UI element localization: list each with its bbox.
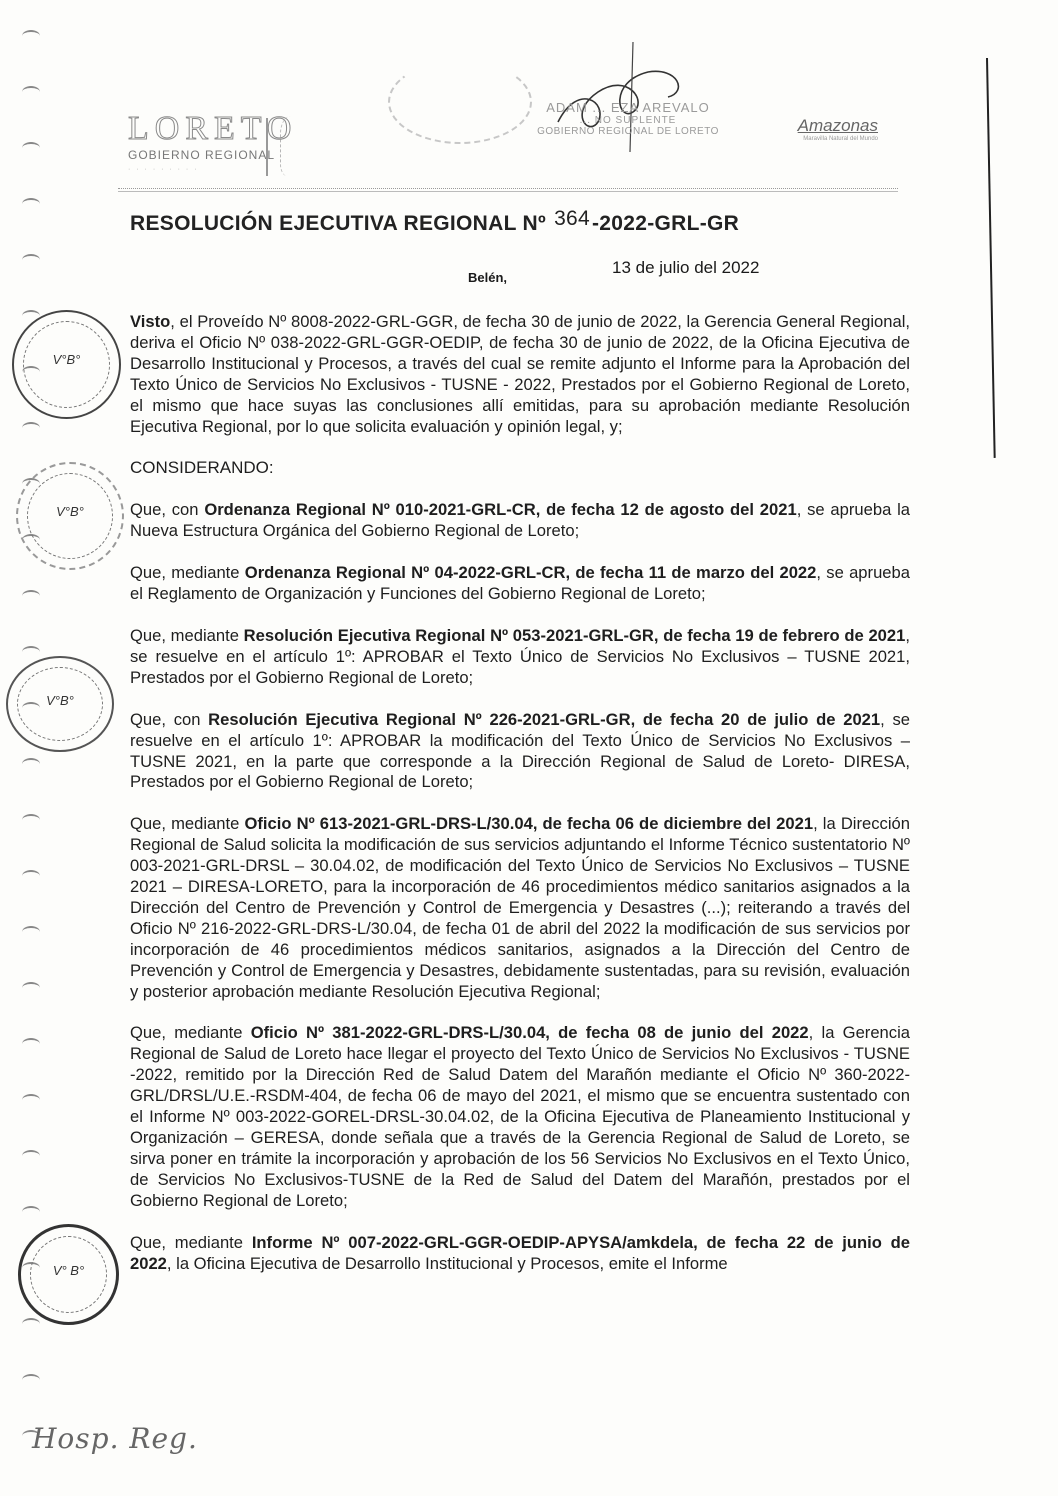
- resolution-title: RESOLUCIÓN EJECUTIVA REGIONAL Nº 364-202…: [130, 212, 739, 236]
- p6-a: Que, mediante: [130, 1023, 251, 1042]
- approval-stamp-gerencia: V°B°: [6, 656, 114, 752]
- p5-ref: Oficio Nº 613-2021-GRL-DRS-L/30.04, de f…: [244, 814, 813, 833]
- paragraph-4: Que, con Resolución Ejecutiva Regional N…: [130, 710, 910, 794]
- logo-divider: [266, 118, 268, 176]
- paragraph-6: Que, mediante Oficio Nº 381-2022-GRL-DRS…: [130, 1023, 910, 1211]
- section-considerando: CONSIDERANDO:: [130, 458, 910, 479]
- p3-a: Que, mediante: [130, 626, 244, 645]
- stamp-label: V°B°: [8, 693, 112, 708]
- title-suffix: -2022-GRL-GR: [592, 212, 739, 235]
- signature-stamp-block: ADAM ... EZA AREVALO ... NO SUPLENTE GOB…: [518, 100, 738, 137]
- amazonas-tagline: Maravilla Natural del Mundo: [798, 136, 878, 142]
- stamp-label: V°B°: [18, 504, 122, 519]
- p2-ref: Ordenanza Regional Nº 04-2022-GRL-CR, de…: [245, 563, 817, 582]
- amazonas-logo: Amazonas Maravilla Natural del Mundo: [798, 116, 878, 142]
- paragraph-2: Que, mediante Ordenanza Regional Nº 04-2…: [130, 563, 910, 605]
- p1-ref: Ordenanza Regional Nº 010-2021-GRL-CR, d…: [204, 500, 796, 519]
- p2-a: Que, mediante: [130, 563, 245, 582]
- stamp-label: V° B°: [21, 1263, 116, 1278]
- margin-pen-line: [986, 58, 996, 458]
- faint-seal-stamp: [388, 60, 532, 144]
- visto-text: , el Proveído Nº 8008-2022-GRL-GGR, de f…: [130, 312, 910, 436]
- handwritten-note: Hosp. Reg.: [32, 1422, 198, 1455]
- p1-a: Que, con: [130, 500, 204, 519]
- approval-stamp-secretaria: V°B°: [12, 310, 121, 419]
- header-divider: [118, 188, 898, 192]
- logo-word: LORETO: [128, 112, 388, 146]
- logo-subtitle: GOBIERNO REGIONAL: [128, 148, 388, 162]
- paragraph-3: Que, mediante Resolución Ejecutiva Regio…: [130, 626, 910, 689]
- resolution-number: 364: [554, 207, 590, 230]
- paragraph-7: Que, mediante Informe Nº 007-2022-GRL-GG…: [130, 1233, 910, 1275]
- amazonas-word: Amazonas: [798, 116, 878, 136]
- p7-a: Que, mediante: [130, 1233, 252, 1252]
- approval-stamp-gobernacion: V° B°: [18, 1224, 119, 1325]
- paragraph-1: Que, con Ordenanza Regional Nº 010-2021-…: [130, 500, 910, 542]
- paragraph-visto: Visto, el Proveído Nº 8008-2022-GRL-GGR,…: [130, 312, 910, 437]
- document-page: LORETO GOBIERNO REGIONAL · · · · · · · ·…: [0, 0, 1058, 1496]
- p5-c: , la Dirección Regional de Salud solicit…: [130, 814, 910, 1000]
- logo-tagline: · · · · · · · · ·: [128, 166, 388, 173]
- p6-c: , la Gerencia Regional de Salud de Loret…: [130, 1023, 910, 1209]
- signatory-org: GOBIERNO REGIONAL DE LORETO: [518, 126, 738, 137]
- signatory-name: ADAM ... EZA AREVALO: [518, 100, 738, 115]
- p4-a: Que, con: [130, 710, 208, 729]
- title-prefix: RESOLUCIÓN EJECUTIVA REGIONAL Nº: [130, 212, 546, 235]
- letterhead: LORETO GOBIERNO REGIONAL · · · · · · · ·…: [118, 60, 908, 195]
- date: 13 de julio del 2022: [612, 258, 759, 278]
- paragraph-5: Que, mediante Oficio Nº 613-2021-GRL-DRS…: [130, 814, 910, 1002]
- approval-stamp-gorel: V°B°: [16, 462, 124, 570]
- p6-ref: Oficio Nº 381-2022-GRL-DRS-L/30.04, de f…: [251, 1023, 809, 1042]
- p4-ref: Resolución Ejecutiva Regional Nº 226-202…: [208, 710, 880, 729]
- place: Belén,: [468, 270, 507, 285]
- visto-lead: Visto: [130, 312, 170, 331]
- p3-ref: Resolución Ejecutiva Regional Nº 053-202…: [244, 626, 906, 645]
- p7-c: , la Oficina Ejecutiva de Desarrollo Ins…: [167, 1254, 728, 1273]
- resolution-body: Visto, el Proveído Nº 8008-2022-GRL-GGR,…: [130, 312, 910, 1295]
- signatory-role: ... NO SUPLENTE: [518, 115, 738, 126]
- stamp-label: V°B°: [14, 352, 119, 367]
- loreto-logo: LORETO GOBIERNO REGIONAL · · · · · · · ·…: [128, 112, 388, 173]
- p5-a: Que, mediante: [130, 814, 244, 833]
